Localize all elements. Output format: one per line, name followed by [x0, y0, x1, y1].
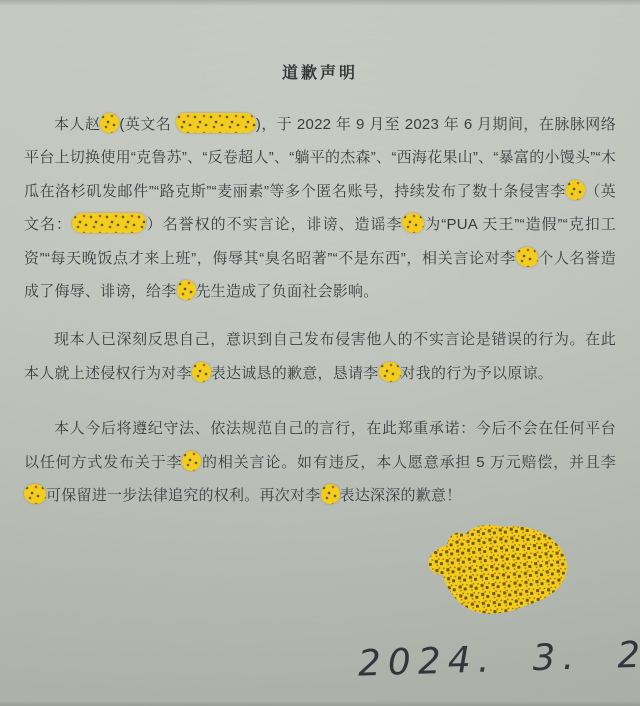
name-redaction-sticker: [379, 362, 401, 382]
name-redaction-sticker: [192, 362, 211, 382]
body-text: 表达深深的歉意！: [340, 487, 462, 504]
body-text: 先生造成了负面社会影响。: [196, 283, 379, 300]
name-redaction-sticker: [402, 213, 424, 233]
name-redaction-sticker: [182, 451, 201, 471]
signature-redaction-sticker: [420, 523, 570, 621]
body-text: 表达诚恳的歉意，恳请李: [211, 365, 379, 382]
name-redaction-sticker: [516, 247, 538, 267]
body-text: (英文名: [119, 116, 175, 133]
name-redaction-sticker: [177, 280, 196, 300]
name-redaction-sticker: [321, 484, 340, 504]
name-redaction-sticker: [100, 113, 119, 133]
name-redaction-sticker: [566, 180, 585, 200]
body-text: 本人赵: [54, 116, 100, 133]
paragraph-2: 现本人已深刻反思自己，意识到自己发布侵害他人的不实言论是错误的行为。在此本人就上…: [24, 323, 616, 390]
handwritten-date: 2024. 3. 28: [357, 636, 588, 684]
english-name-redaction-sticker: [176, 113, 256, 133]
document-title: 道歉声明: [0, 60, 640, 83]
body-text: 可保留进一步法律追究的权利。再次对李: [46, 487, 321, 504]
apology-statement-document: 道歉声明 本人赵(英文名 )，于 2022 年 9 月至 2023 年 6 月期…: [0, 0, 640, 706]
english-name-redaction-sticker: [72, 213, 146, 233]
body-text: 的相关言论。如有违反，本人愿意承担 5 万元赔偿，并且李: [201, 454, 616, 471]
name-redaction-sticker: [24, 484, 46, 504]
paragraph-1: 本人赵(英文名 )，于 2022 年 9 月至 2023 年 6 月期间，在脉脉…: [24, 108, 616, 308]
body-text: ）名誉权的不实言论，诽谤、造谣李: [146, 216, 403, 233]
body-text: 对我的行为予以原谅。: [401, 365, 554, 382]
paragraph-3: 本人今后将遵纪守法、依法规范自己的言行，在此郑重承诺：今后不会在任何平台以任何方…: [24, 412, 616, 512]
